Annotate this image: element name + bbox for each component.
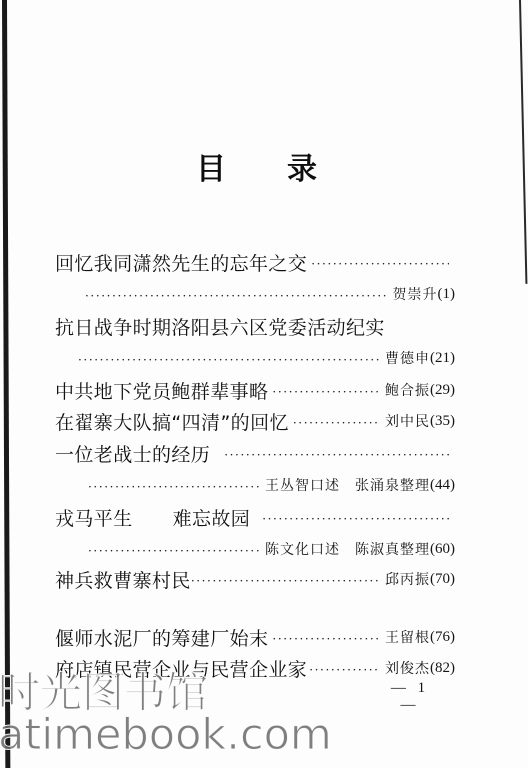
toc-entry-author: 曹德申 [385,348,430,368]
dot-leader [78,353,379,367]
toc-entry-title: 抗日战争时期洛阳县六区党委活动纪实 [55,313,385,340]
toc-entry-author: 贺崇升 [393,284,438,304]
toc-entry-1-author-line: 贺崇升 (1) [85,281,455,307]
toc-entry-author: 刘中民 [385,411,430,431]
toc-entry-7: 神兵救曹寨村民 邱丙振 (70) [55,566,455,592]
toc-entry-page: (21) [430,350,455,367]
toc-entry-6-title-line: 戎马平生 难忘故园 [55,504,455,530]
toc-entry-4: 在翟寨大队搞“四清”的回忆 刘中民 (35) [55,408,455,434]
dot-leader [88,480,259,494]
toc-entry-page: (44) [430,477,455,494]
toc-entry-title-part-1: 戎马平生 [55,504,133,531]
dot-leader [272,632,379,646]
toc-entry-author: 邱丙振 [385,569,430,589]
dot-leader [309,663,379,677]
page-number: — 1 — [380,680,440,714]
toc-entry-title: 偃师水泥厂的筹建厂始末 [55,624,268,651]
watermark-text-url: atimebook.com [0,710,332,760]
dot-leader [311,257,449,271]
dot-leader [262,512,449,526]
book-page: 目 录 回忆我同潇然先生的忘年之交 贺崇升 (1) 抗日战争时期洛阳县六区党委活… [0,0,528,768]
toc-entry-title: 中共地下党员鲍群辈事略 [55,377,268,404]
toc-entry-6-author-line: 陈文化口述 陈淑真整理 (60) [88,536,455,562]
toc-entry-author: 陈文化口述 陈淑真整理 [265,539,430,559]
toc-entry-3: 中共地下党员鲍群辈事略 鲍合振 (29) [55,377,455,403]
toc-entry-5-author-line: 王丛智口述 张涌泉整理 (44) [88,472,455,498]
toc-entry-title-part-2: 难忘故园 [173,504,251,531]
toc-entry-author: 鲍合振 [385,380,430,400]
toc-entry-author: 王丛智口述 张涌泉整理 [265,475,430,495]
dot-leader [191,574,379,588]
toc-entry-title: 神兵救曹寨村民 [55,566,191,593]
toc-entry-2-author-line: 曹德申 (21) [78,345,455,371]
toc-entry-page: (35) [430,413,455,430]
toc-entry-page: (76) [430,629,455,646]
toc-entry-page: (82) [430,660,455,677]
toc-entry-page: (29) [430,382,455,399]
dot-leader [272,385,379,399]
toc-entry-page: (60) [430,541,455,558]
toc-entry-page: (70) [430,571,455,588]
dot-leader [85,289,387,303]
dot-leader [88,544,259,558]
toc-entry-author: 王留根 [385,627,430,647]
toc-entry-page: (1) [438,286,456,303]
toc-entry-title: 一位老战士的经历 [55,440,210,467]
toc-entry-2-title-line: 抗日战争时期洛阳县六区党委活动纪实 [55,313,455,339]
toc-entry-title: 在翟寨大队搞“四清”的回忆 [55,408,289,435]
toc-entry-author: 刘俊杰 [385,658,430,678]
table-of-contents: 回忆我同潇然先生的忘年之交 贺崇升 (1) 抗日战争时期洛阳县六区党委活动纪实 … [0,0,528,768]
toc-entry-8: 偃师水泥厂的筹建厂始末 王留根 (76) [55,624,455,650]
dot-leader [293,416,379,430]
toc-entry-title: 回忆我同潇然先生的忘年之交 [55,249,307,276]
dot-leader [224,448,449,462]
toc-entry-5-title-line: 一位老战士的经历 [55,440,455,466]
toc-entry-1-title-line: 回忆我同潇然先生的忘年之交 [55,249,455,275]
